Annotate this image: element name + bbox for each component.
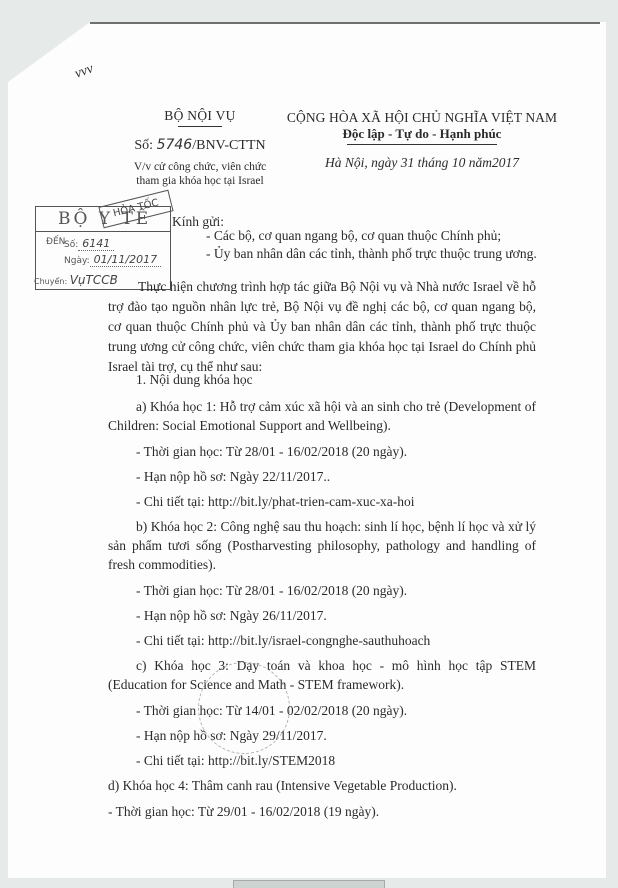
recipient-item: - Các bộ, cơ quan ngang bộ, cơ quan thuộ… (206, 227, 537, 245)
scanner-tab (233, 880, 385, 888)
course-deadline: - Hạn nộp hồ sơ: Ngày 26/11/2017. (136, 606, 536, 631)
nation-title: CỘNG HÒA XÃ HỘI CHỦ NGHĨA VIỆT NAM (282, 110, 562, 126)
stamp-date-label: Ngày: (64, 256, 90, 266)
stamp-number-value: 6141 (78, 237, 114, 251)
course-title: a) Khóa học 1: Hỗ trợ cảm xúc xã hội và … (108, 397, 536, 435)
document-subject: V/v cử công chức, viên chức tham gia khó… (120, 160, 280, 188)
stamp-date-row: Ngày:01/11/2017 (64, 253, 161, 266)
recipient-item: - Ủy ban nhân dân các tỉnh, thành phố tr… (206, 245, 537, 263)
recipients-list: - Các bộ, cơ quan ngang bộ, cơ quan thuộ… (206, 227, 537, 263)
date-month: 10 (452, 155, 466, 170)
issue-date: Hà Nội, ngày 31 tháng 10 năm2017 (282, 155, 562, 171)
course-title: b) Khóa học 2: Công nghệ sau thu hoạch: … (108, 517, 536, 574)
date-prefix: Hà Nội, ngày (325, 155, 397, 170)
stamp-number-row: Số:6141 (64, 237, 114, 250)
subject-line-1: V/v cử công chức, viên chức (120, 160, 280, 174)
document-number: Số: 5746/BNV-CTTN (120, 137, 280, 154)
national-motto: Độc lập - Tự do - Hạnh phúc (282, 126, 562, 142)
course-content: 1. Nội dung khóa học a) Khóa học 1: Hỗ t… (108, 372, 536, 827)
stamp-date-value: 01/11/2017 (90, 253, 161, 267)
agency-underline (178, 126, 222, 127)
intro-paragraph: Thực hiện chương trình hợp tác giữa Bộ N… (108, 277, 536, 377)
date-day: 31 (401, 155, 415, 170)
stamp-transfer-row: Chuyển: VụTCCB (34, 273, 118, 287)
number-handwritten: 5746 (157, 137, 193, 153)
date-month-label: tháng (418, 155, 449, 170)
course-deadline: - Hạn nộp hồ sơ: Ngày 29/11/2017. (136, 726, 536, 751)
course-time: - Thời gian học: Từ 28/01 - 16/02/2018 (… (136, 442, 536, 467)
course-time: - Thời gian học: Từ 28/01 - 16/02/2018 (… (136, 581, 536, 606)
course-title: d) Khóa học 4: Thâm canh rau (Intensive … (108, 776, 536, 795)
date-year-label: năm (469, 155, 492, 170)
course-time: - Thời gian học: Từ 14/01 - 02/02/2018 (… (136, 701, 536, 726)
course-deadline: - Hạn nộp hồ sơ: Ngày 22/11/2017.. (136, 467, 536, 492)
official-seal (198, 662, 290, 754)
course-link[interactable]: - Chi tiết tại: http://bit.ly/phat-trien… (136, 492, 536, 517)
date-year: 2017 (492, 155, 519, 170)
agency-name: BỘ NỘI VỤ (120, 108, 280, 124)
stamp-number-label: Số: (64, 240, 78, 250)
stamp-side-label: ĐẾN (46, 237, 54, 247)
page-top-edge (90, 22, 600, 24)
course-link[interactable]: - Chi tiết tại: http://bit.ly/STEM2018 (136, 751, 536, 776)
motto-underline (347, 144, 497, 145)
course-title: c) Khóa học 3: Dạy toán và khoa học - mô… (108, 656, 536, 694)
number-prefix: Số: (134, 138, 153, 153)
intro-text: Thực hiện chương trình hợp tác giữa Bộ N… (108, 277, 536, 377)
national-header-block: CỘNG HÒA XÃ HỘI CHỦ NGHĨA VIỆT NAM Độc l… (282, 110, 562, 171)
course-link[interactable]: - Chi tiết tại: http://bit.ly/israel-con… (136, 631, 536, 656)
issuing-agency-block: BỘ NỘI VỤ Số: 5746/BNV-CTTN V/v cử công … (120, 108, 280, 188)
course-time: - Thời gian học: Từ 29/01 - 16/02/2018 (… (108, 802, 536, 827)
section-title: 1. Nội dung khóa học (136, 372, 536, 397)
number-suffix: /BNV-CTTN (192, 138, 265, 153)
subject-line-2: tham gia khóa học tại Israel (120, 174, 280, 188)
stamp-transfer-label: Chuyển: (34, 277, 67, 286)
